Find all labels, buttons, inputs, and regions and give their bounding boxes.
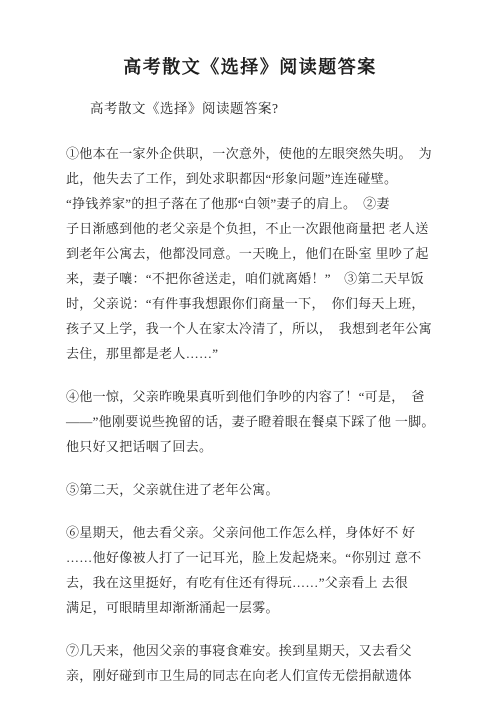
paragraph-2: ④他一惊，父亲昨晚果真听到他们争吵的内容了！“可是， 爸 ——”他刚要说些挽留的… — [66, 384, 452, 459]
paragraph-3: ⑤第二天，父亲就住进了老年公寓。 — [66, 477, 452, 502]
article-body: ①他本在一家外企供职，一次意外，使他的左眼突然失明。 为 此，他失去了工作，到处… — [66, 141, 452, 688]
document-title: 高考散文《选择》阅读题答案 — [0, 0, 500, 81]
paragraph-4: ⑥星期天，他去看父亲。父亲问他工作怎么样，身体好不 好 ……他好像被人打了一记耳… — [66, 520, 452, 620]
document-page: 高考散文《选择》阅读题答案 高考散文《选择》阅读题答案? ①他本在一家外企供职，… — [0, 0, 500, 707]
document-subtitle: 高考散文《选择》阅读题答案? — [90, 99, 500, 119]
paragraph-1: ①他本在一家外企供职，一次意外，使他的左眼突然失明。 为 此，他失去了工作，到处… — [66, 141, 452, 366]
paragraph-5: ⑦几天来，他因父亲的事寝食难安。挨到星期天，又去看父 亲，刚好碰到市卫生局的同志… — [66, 638, 452, 688]
